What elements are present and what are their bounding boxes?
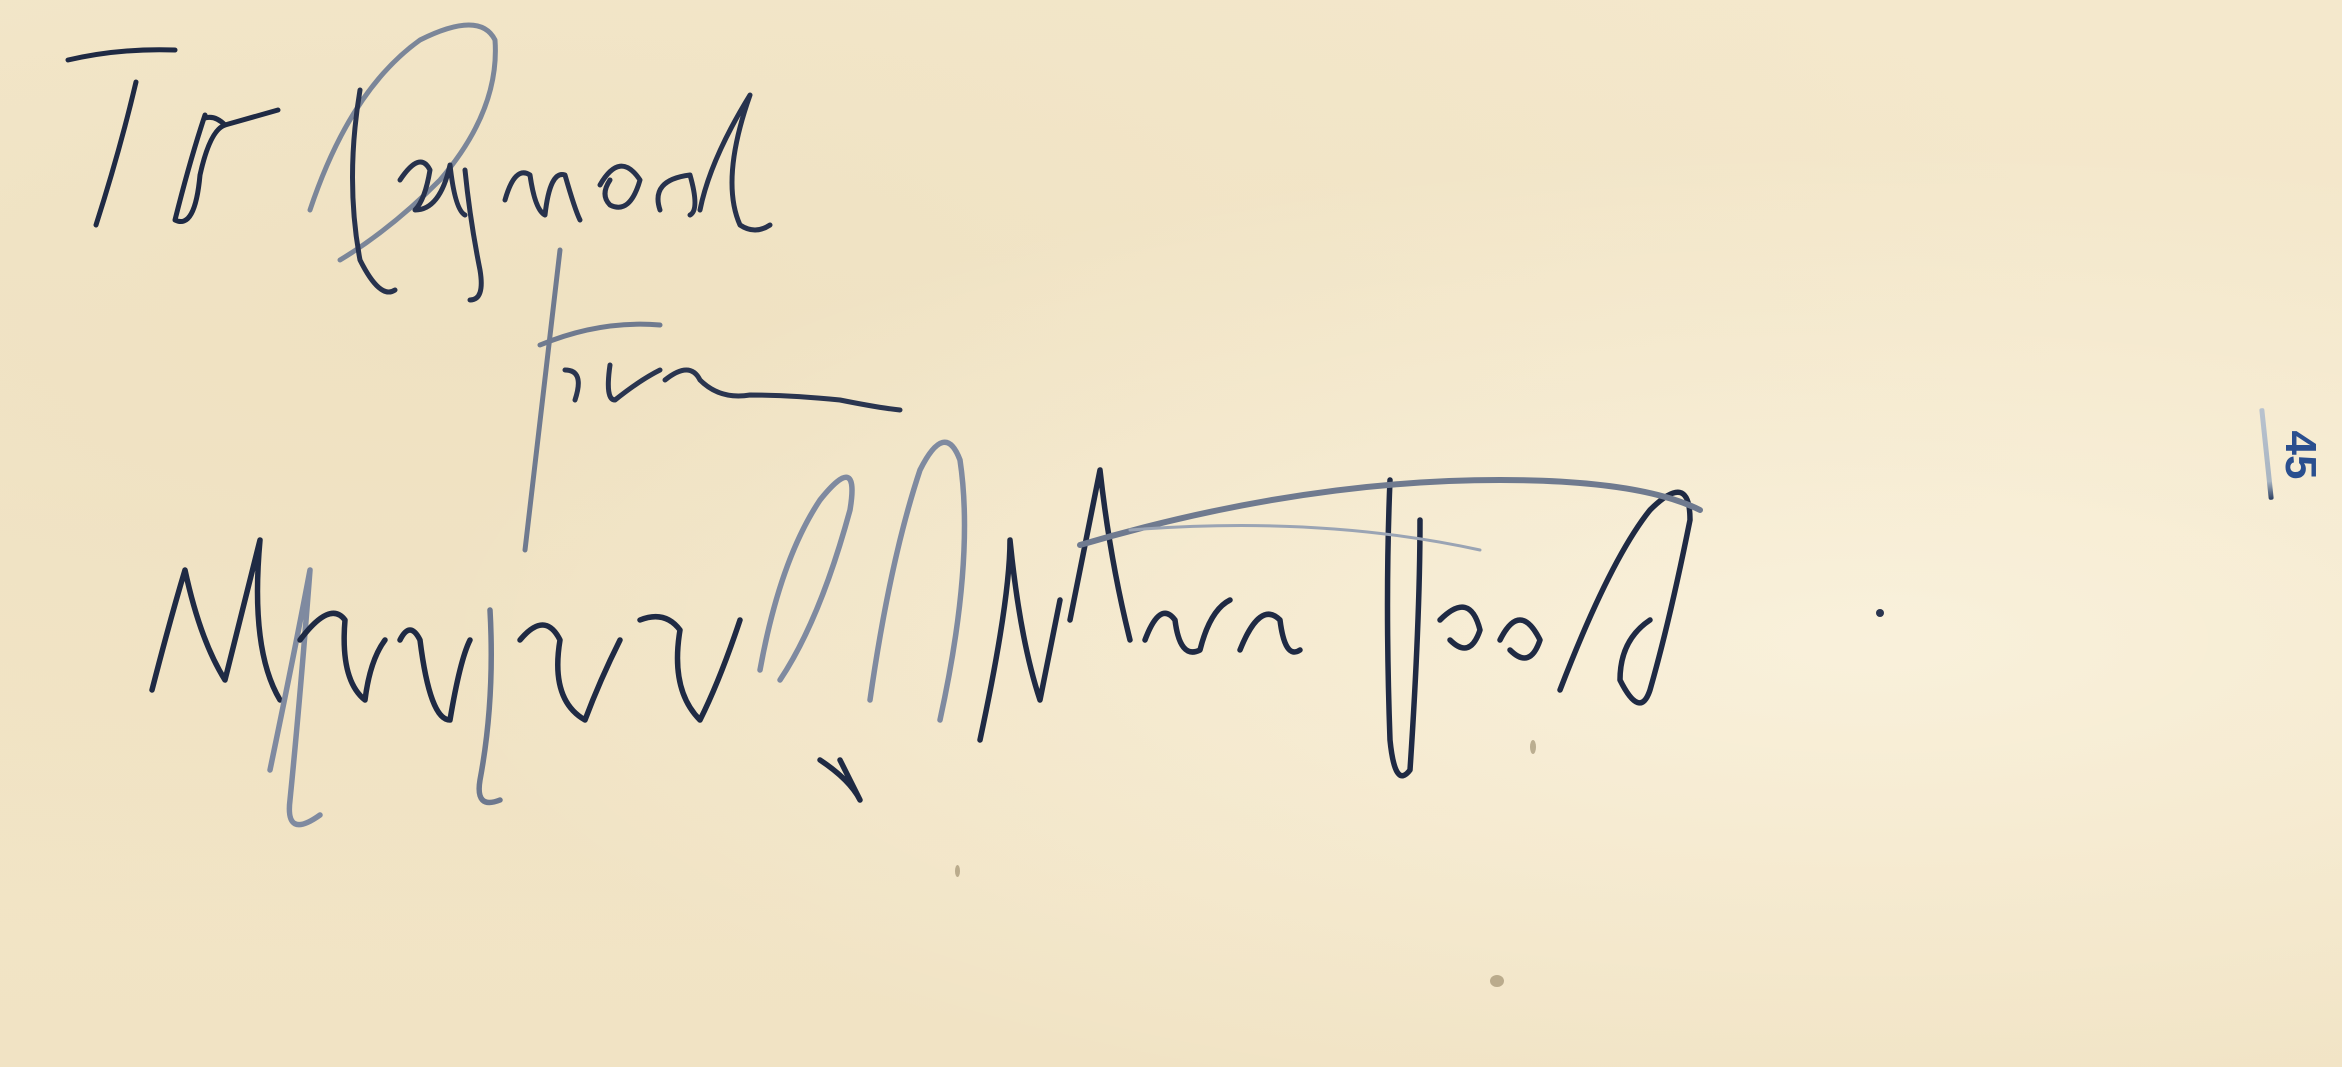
handwriting-to (68, 50, 278, 225)
handwriting-strokes (0, 0, 2342, 1067)
handwriting-raymond (310, 25, 770, 300)
handwriting-from (525, 250, 900, 550)
paper-speck (1490, 975, 1504, 987)
autograph-page: To Raymond from Margaret Rutherford (0, 0, 2342, 1067)
paper-speck (1530, 740, 1536, 754)
paper-speck (955, 865, 960, 877)
page-number: 45 (2250, 425, 2342, 485)
handwriting-signature (152, 442, 1700, 824)
ink-dot (1876, 609, 1884, 617)
